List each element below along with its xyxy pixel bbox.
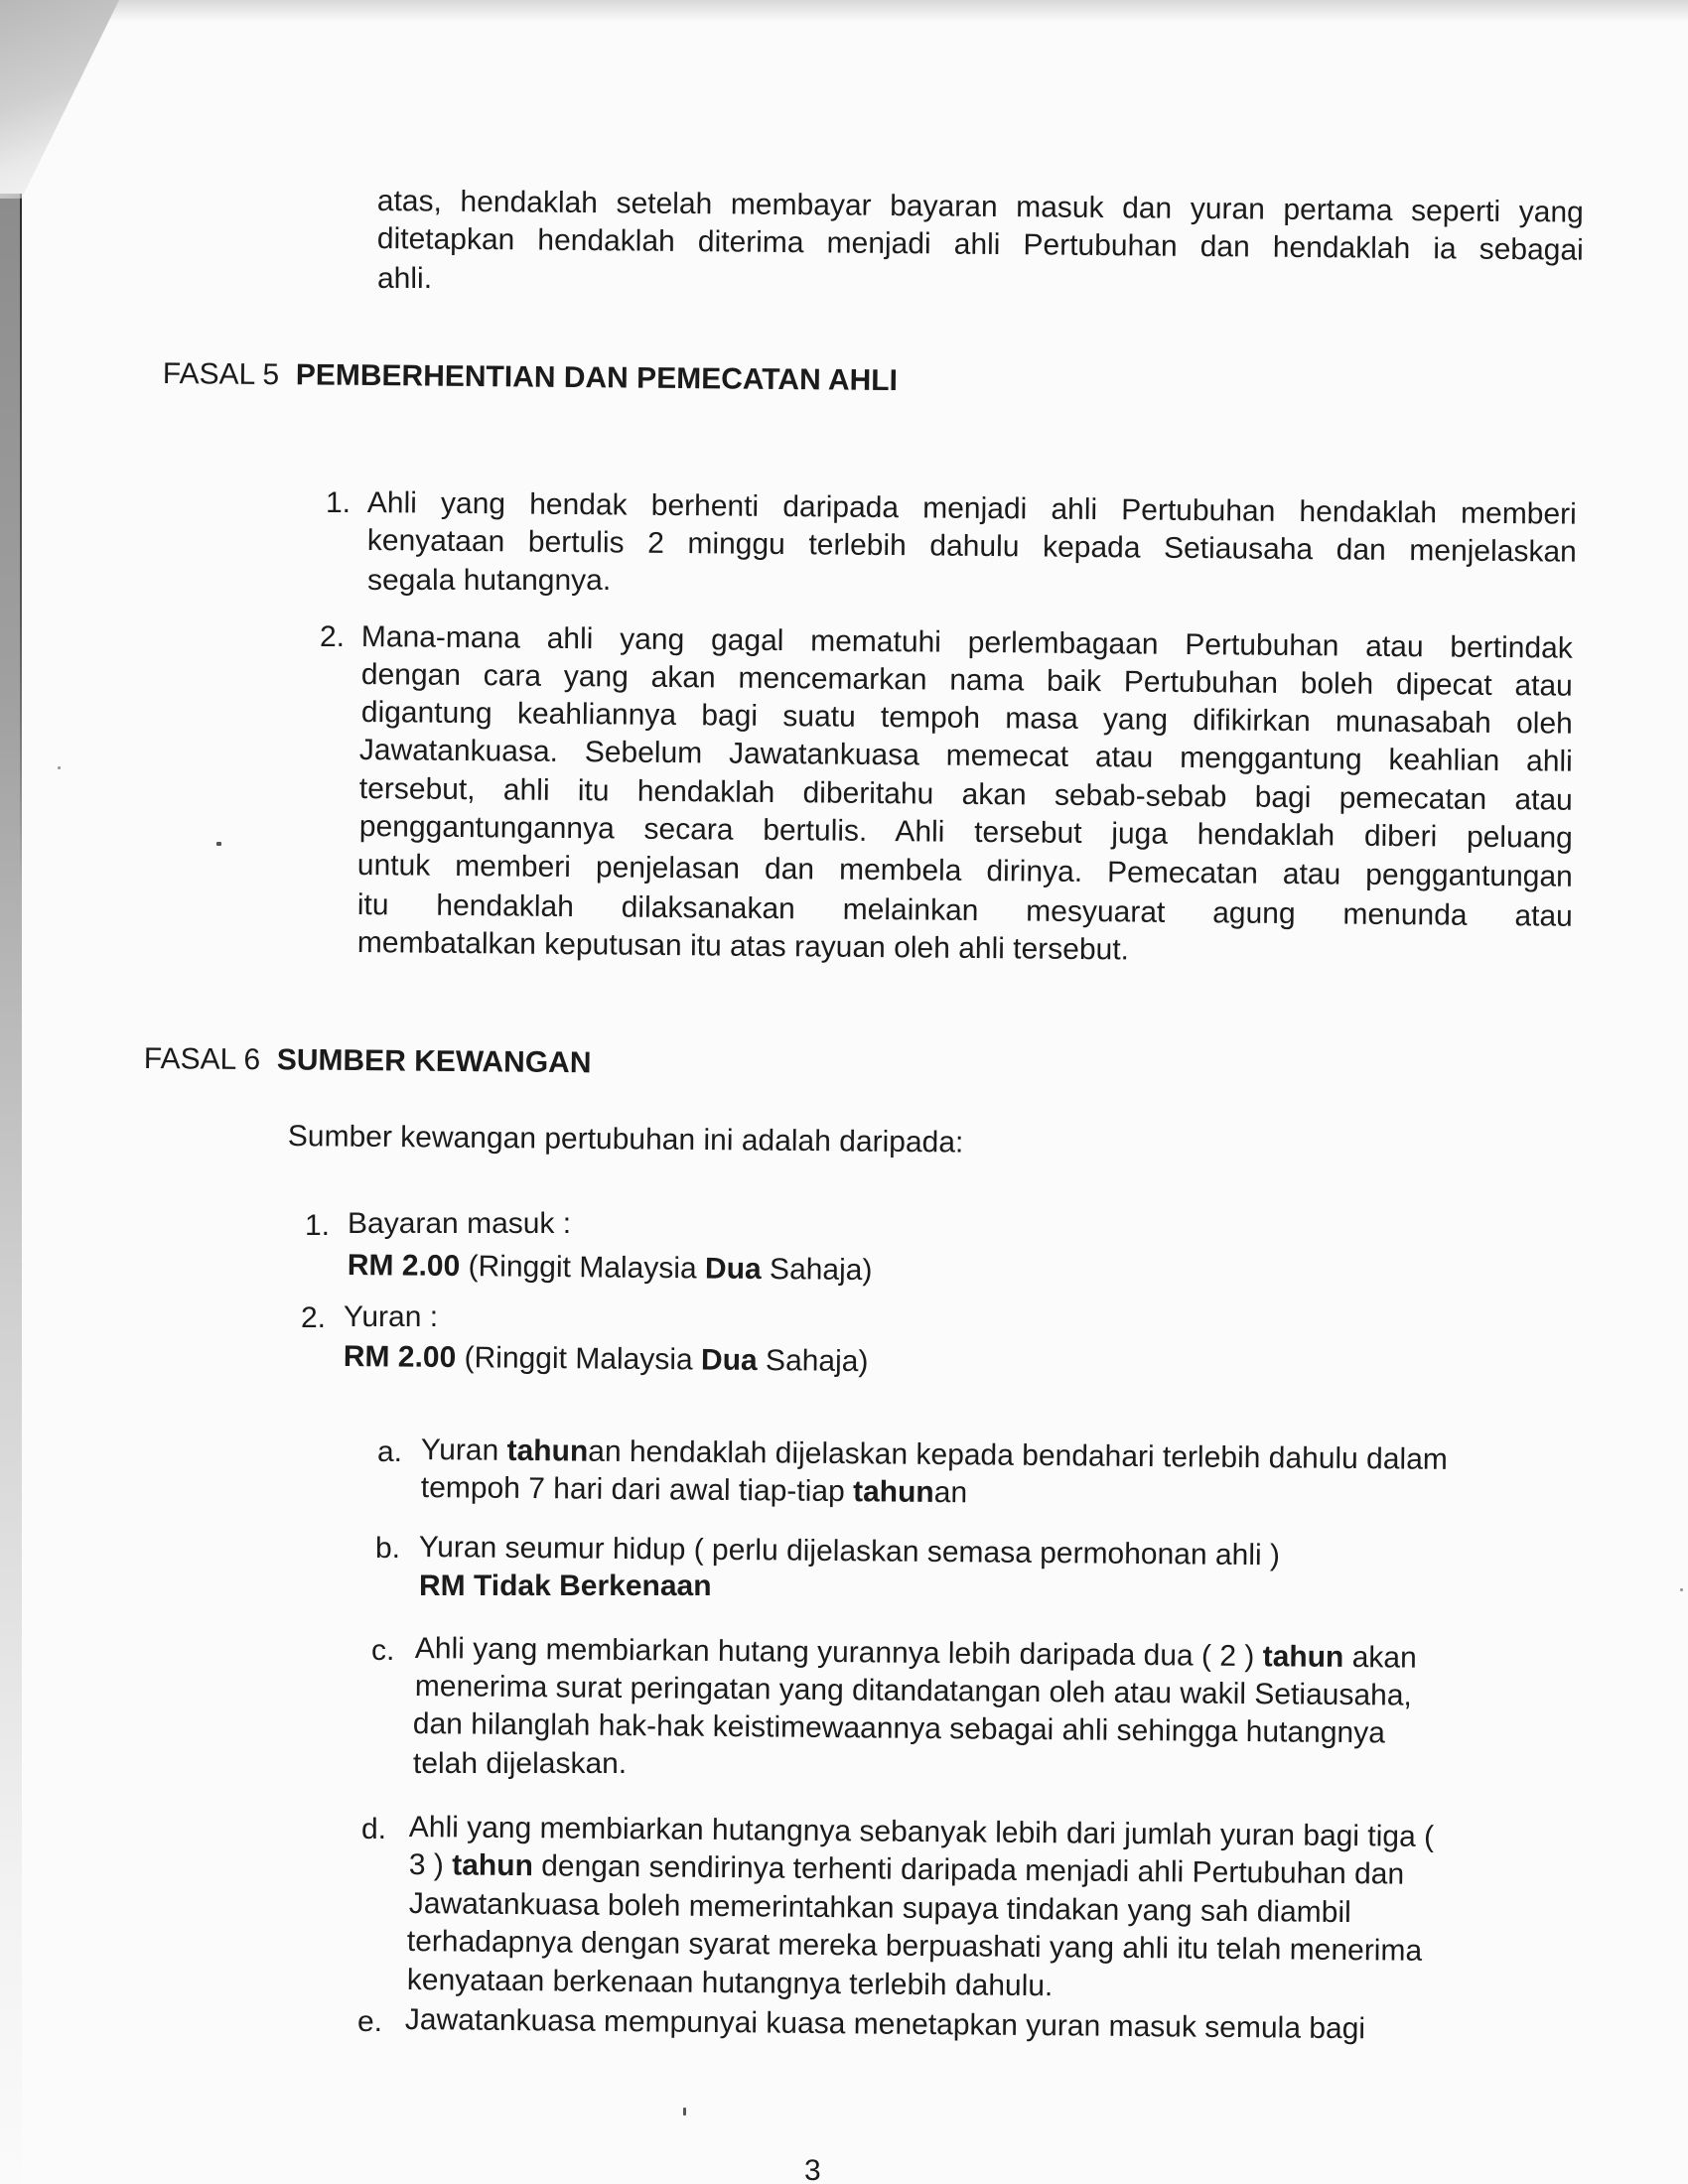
list-item-line: menerima surat peringatan yang ditandata…: [415, 1672, 1412, 1711]
list-marker: c.: [371, 1636, 394, 1666]
list-item-line: Jawatankuasa mempunyai kuasa menetapkan …: [405, 2005, 1365, 2044]
list-marker: b.: [375, 1534, 400, 1564]
list-item-line: dengan cara yang akan mencemarkan nama b…: [361, 660, 1573, 702]
amount-value: RM 2.00: [344, 1340, 457, 1374]
list-item-line: Ahli yang membiarkan hutangnya sebanyak …: [409, 1813, 1435, 1852]
list-item-line: tersebut, ahli itu hendaklah diberitahu …: [359, 774, 1573, 816]
list-item-line: Ahli yang hendak berhenti daripada menja…: [367, 488, 1577, 530]
list-item-line: telah dijelaskan.: [413, 1749, 627, 1779]
amount-words: (Ringgit Malaysia Dua Sahaja): [468, 1250, 872, 1287]
list-item-line: digantung keahliannya bagi suatu tempoh …: [361, 698, 1573, 740]
list-marker: 1.: [305, 1211, 330, 1241]
list-marker: a.: [377, 1437, 402, 1467]
list-item-line: itu hendaklah dilaksanakan melainkan mes…: [357, 890, 1573, 932]
section-intro: Sumber kewangan pertubuhan ini adalah da…: [288, 1122, 964, 1159]
fee-amount: RM 2.00 (Ringgit Malaysia Dua Sahaja): [344, 1342, 869, 1377]
list-item-line: terhadapnya dengan syarat mereka berpuas…: [407, 1927, 1423, 1967]
list-item-line: Jawatankuasa boleh memerintahkan supaya …: [409, 1889, 1351, 1928]
list-item-line: 3 ) tahun dengan sendirinya terhenti dar…: [409, 1850, 1405, 1890]
page-number: 3: [804, 2154, 821, 2184]
section-number: FASAL 5: [163, 357, 280, 391]
list-marker: 2.: [301, 1303, 326, 1333]
section-heading-fasal-5: FASAL 5 PEMBERHENTIAN DAN PEMECATAN AHLI: [163, 359, 898, 396]
list-item-line: dan hilanglah hak-hak keistimewaannya se…: [413, 1709, 1385, 1748]
paragraph-line: ahli.: [377, 264, 432, 294]
paragraph-line: ditetapkan hendaklah diterima menjadi ah…: [377, 224, 1584, 266]
list-marker: d.: [361, 1815, 386, 1844]
list-item-line: untuk memberi penjelasan dan membela dir…: [357, 851, 1573, 892]
amount-words: (Ringgit Malaysia Dua Sahaja): [464, 1341, 868, 1378]
list-item-line: tempoh 7 hari dari awal tiap-tiap tahuna…: [421, 1473, 968, 1508]
section-number: FASAL 6: [144, 1042, 261, 1076]
list-item-label: Bayaran masuk :: [348, 1209, 571, 1239]
list-item-label: Yuran :: [344, 1302, 438, 1332]
paragraph-line: atas, hendaklah setelah membayar bayaran…: [377, 187, 1584, 228]
list-item-line: Jawatankuasa. Sebelum Jawatankuasa memec…: [359, 736, 1573, 777]
list-item-line: kenyataan berkenaan hutangnya terlebih d…: [407, 1966, 1054, 2001]
list-item-line: RM Tidak Berkenaan: [419, 1571, 712, 1601]
list-item-line: kenyataan bertulis 2 minggu terlebih dah…: [367, 526, 1577, 568]
list-item-line: Mana-mana ahli yang gagal mematuhi perle…: [361, 622, 1573, 664]
section-title: PEMBERHENTIAN DAN PEMECATAN AHLI: [296, 358, 898, 397]
list-item-line: Yuran seumur hidup ( perlu dijelaskan se…: [419, 1533, 1280, 1570]
document-page: atas, hendaklah setelah membayar bayaran…: [0, 0, 1688, 2184]
list-item-line: membatalkan keputusan itu atas rayuan ol…: [357, 928, 1129, 965]
list-item-line: segala hutangnya.: [367, 566, 611, 596]
fee-amount: RM 2.00 (Ringgit Malaysia Dua Sahaja): [348, 1251, 873, 1286]
list-marker: 1.: [326, 488, 351, 518]
list-marker: e.: [357, 2007, 382, 2037]
section-heading-fasal-6: FASAL 6 SUMBER KEWANGAN: [144, 1044, 592, 1078]
list-item-line: Ahli yang membiarkan hutang yurannya leb…: [415, 1634, 1417, 1674]
section-title: SUMBER KEWANGAN: [277, 1043, 592, 1079]
amount-value: RM 2.00: [348, 1249, 461, 1283]
list-item-line: Yuran tahunan hendaklah dijelaskan kepad…: [421, 1435, 1448, 1475]
list-item-line: penggantungannya secara bertulis. Ahli t…: [359, 812, 1573, 854]
list-marker: 2.: [320, 622, 345, 652]
